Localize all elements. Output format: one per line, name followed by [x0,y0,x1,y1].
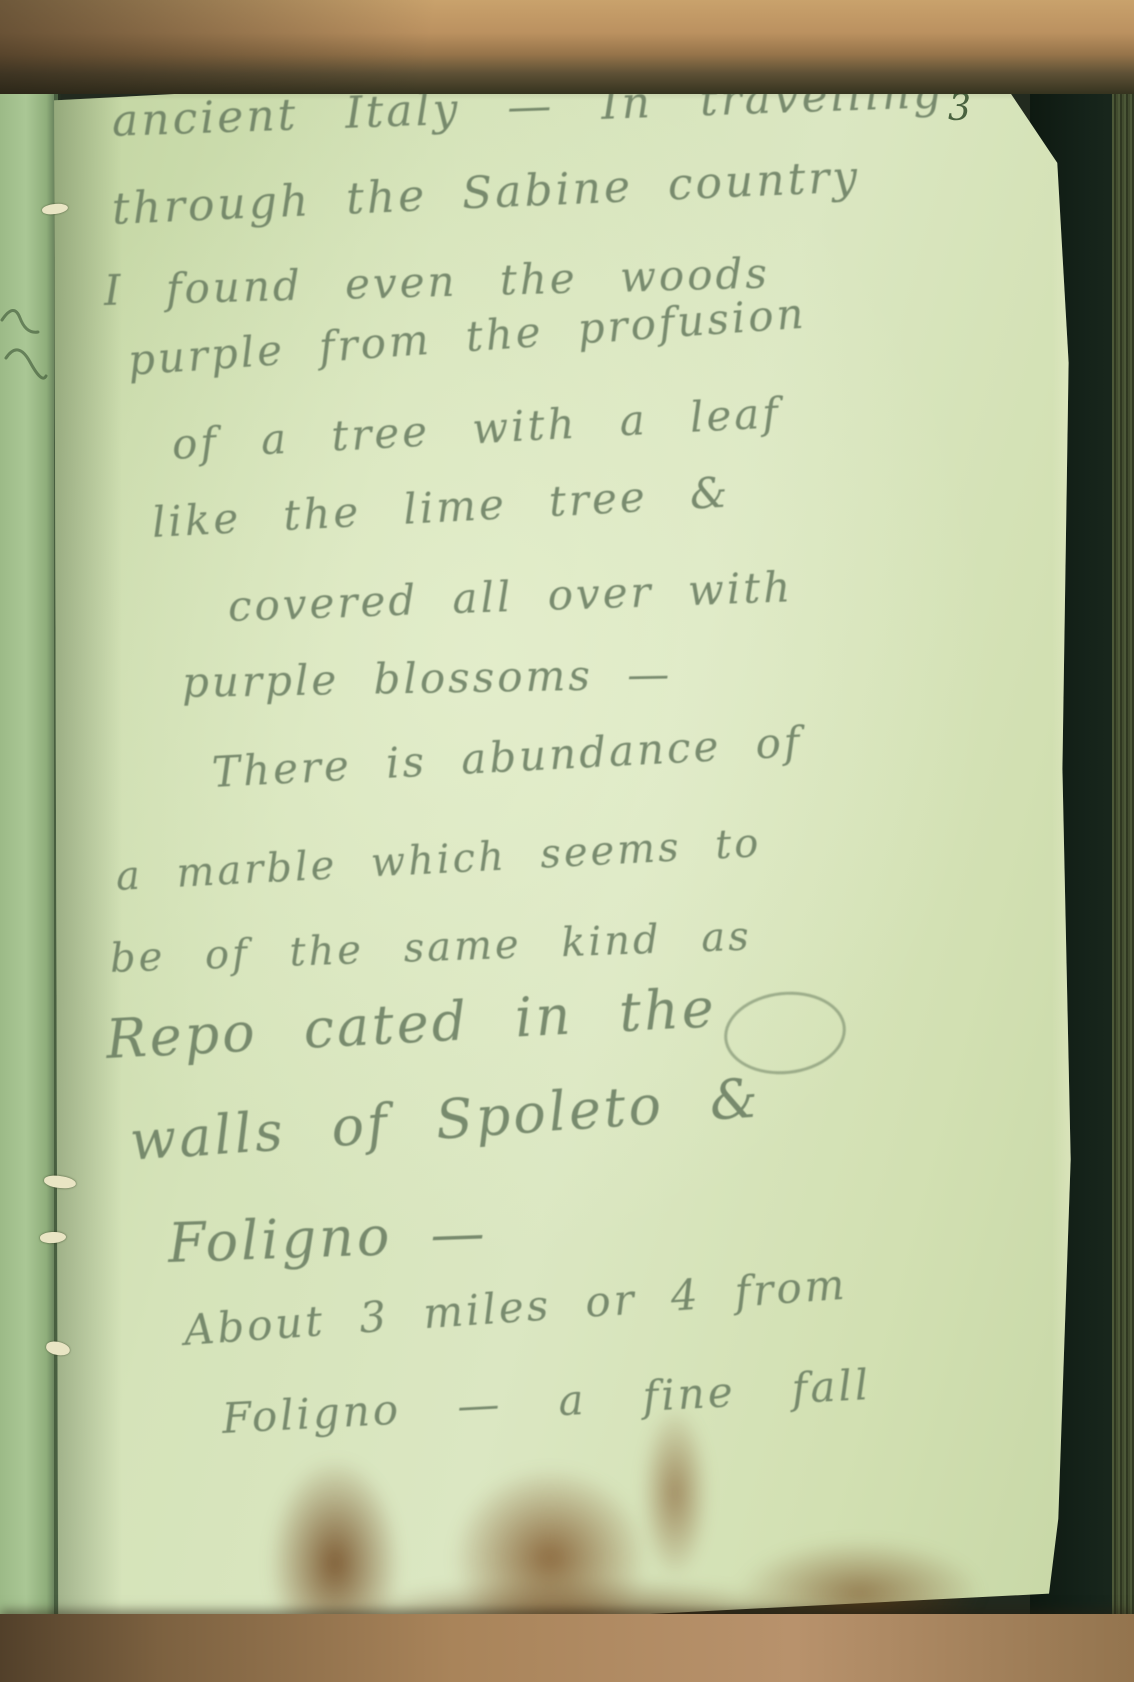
book-fore-edge-texture [1112,55,1134,1620]
page-number: 3 [948,88,971,129]
wood-table-top [0,0,1134,94]
ink-stain [150,1398,1060,1633]
handwritten-line: Foligno — [167,1201,489,1275]
handwritten-line: purple blossoms — [182,649,673,707]
notebook-photo: 3 ancient Italy — In travelling through … [0,0,1134,1682]
facing-page-pencil-marks [0,280,52,400]
wood-table-bottom [0,1614,1134,1682]
